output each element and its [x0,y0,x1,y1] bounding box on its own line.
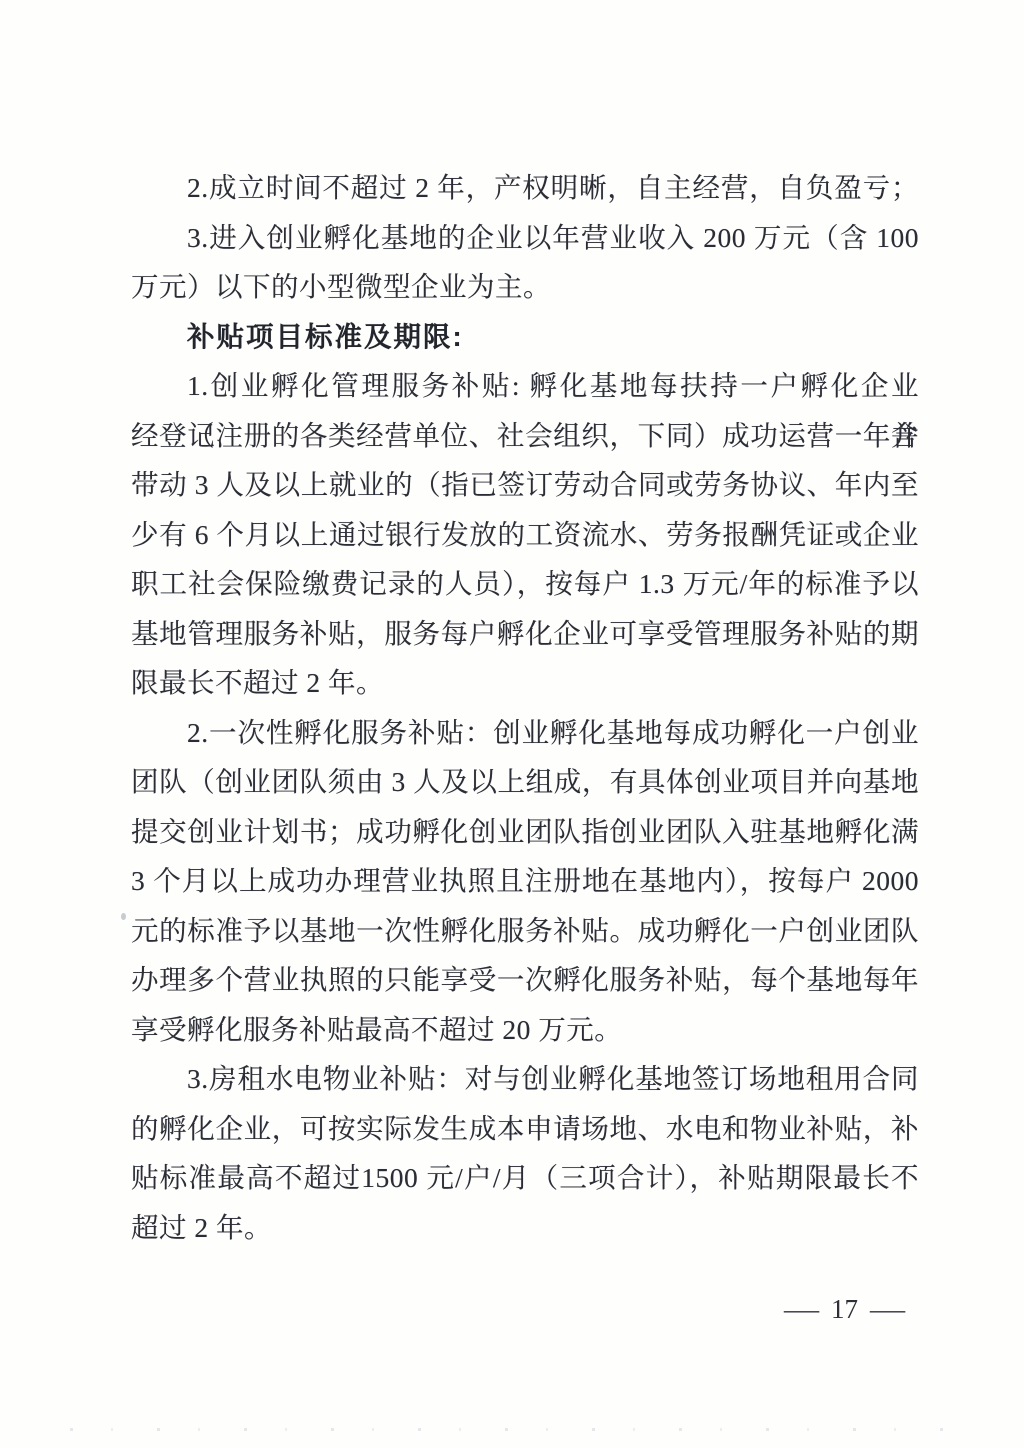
text-line: 2.成立时间不超过 2 年，产权明晰，自主经营，自负盈亏； [131,163,919,213]
text-line: 超过 2 年。 [131,1203,919,1253]
text-line: 2.一次性孵化服务补贴：创业孵化基地每成功孵化一户创业 [131,708,919,758]
text-line: 提交创业计划书；成功孵化创业团队指创业团队入驻基地孵化满 [131,807,919,857]
text-line: 少有 6 个月以上通过银行发放的工资流水、劳务报酬凭证或企业 [131,510,919,560]
text-line: 1.创业孵化管理服务补贴: 孵化基地每扶持一户孵化企业（含 [131,361,919,411]
text-line: 带动 3 人及以上就业的（指已签订劳动合同或劳务协议、年内至 [131,460,919,510]
text-line: 3.进入创业孵化基地的企业以年营业收入 200 万元（含 100 [131,213,919,263]
text-line: 的孵化企业，可按实际发生成本申请场地、水电和物业补贴，补 [131,1104,919,1154]
scan-noise-line [70,1428,960,1431]
text-line: 贴标准最高不超过1500 元/户/月（三项合计），补贴期限最长不 [131,1153,919,1203]
text-line: 限最长不超过 2 年。 [131,658,919,708]
document-page: 2.成立时间不超过 2 年，产权明晰，自主经营，自负盈亏；3.进入创业孵化基地的… [0,0,1024,1448]
section-heading: 补贴项目标准及期限: [131,312,919,362]
text-line: 享受孵化服务补贴最高不超过 20 万元。 [131,1005,919,1055]
text-line: 职工社会保险缴费记录的人员），按每户 1.3 万元/年的标准予以 [131,559,919,609]
scan-artifact-dot [121,913,126,920]
footer-dash-right: — [870,1294,905,1325]
text-line: 办理多个营业执照的只能享受一次孵化服务补贴，每个基地每年 [131,955,919,1005]
text-line: 元的标准予以基地一次性孵化服务补贴。成功孵化一户创业团队 [131,906,919,956]
text-line: 3.房租水电物业补贴：对与创业孵化基地签订场地租用合同 [131,1054,919,1104]
text-line: 3 个月以上成功办理营业执照且注册地在基地内），按每户 2000 [131,856,919,906]
footer-dash-left: — [784,1294,819,1325]
text-line: 基地管理服务补贴，服务每户孵化企业可享受管理服务补贴的期 [131,609,919,659]
text-line: 团队（创业团队须由 3 人及以上组成，有具体创业项目并向基地 [131,757,919,807]
page-number: 17 [831,1294,858,1325]
text-line: 经登记注册的各类经营单位、社会组织，下同）成功运营一年并 [131,411,919,461]
document-lines: 2.成立时间不超过 2 年，产权明晰，自主经营，自负盈亏；3.进入创业孵化基地的… [131,163,919,1252]
text-line: 万元）以下的小型微型企业为主。 [131,262,919,312]
page-footer: — 17 — [788,1294,901,1325]
